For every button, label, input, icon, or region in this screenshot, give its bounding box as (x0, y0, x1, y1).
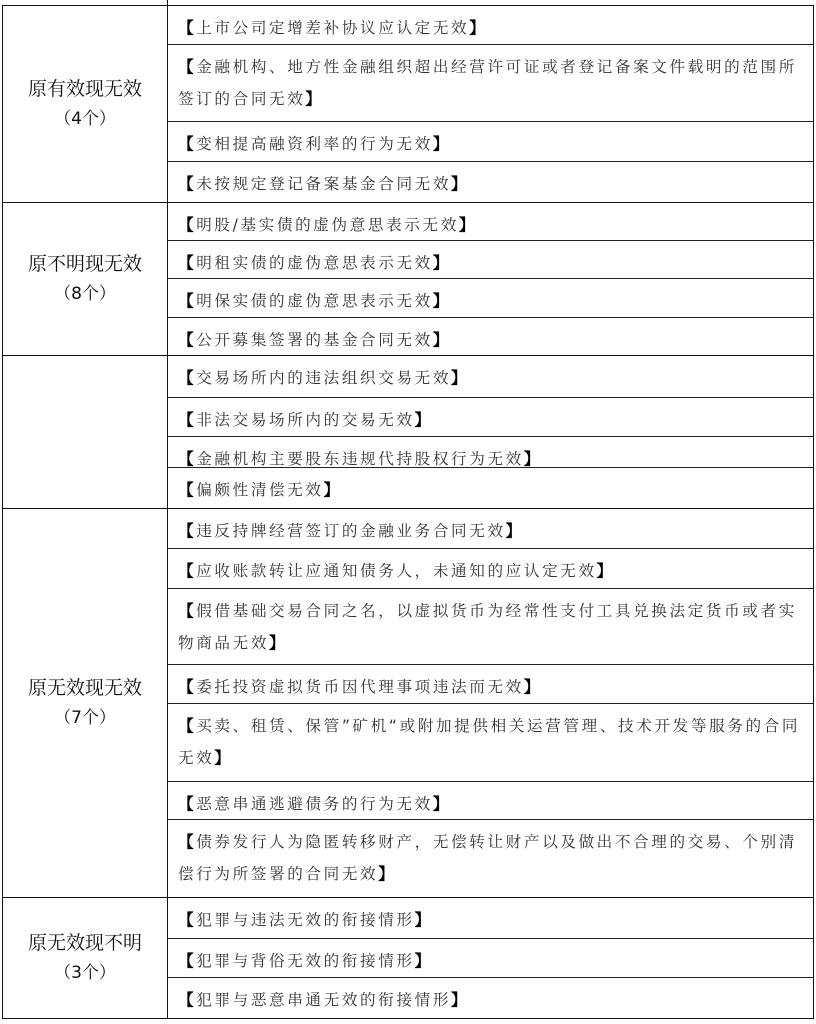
table-row: 【恶意串通逃避债务的行为无效】 (168, 782, 813, 820)
table-row: 【上市公司定增差补协议应认定无效】 (168, 6, 813, 45)
table-row: 【明股/基实债的虚伪意思表示无效】 (168, 203, 813, 241)
bracket-glyph: 【 (178, 991, 196, 1009)
group-title: 原有效现无效 (28, 74, 142, 104)
group-count: （3个） (54, 958, 116, 988)
bracket-glyph: 【 (178, 833, 196, 851)
bracket-glyph: 】 (524, 450, 542, 468)
invalidity-classification-table: 原有效现无效（4个）【上市公司定增差补协议应认定无效】【金融机构、地方性金融组织… (2, 5, 814, 1019)
bracket-glyph: 】 (451, 175, 469, 193)
bracket-glyph: 【 (178, 562, 196, 580)
bracket-glyph: 【 (178, 254, 196, 272)
bracket-glyph: 】 (305, 90, 323, 108)
group-title: 原无效现无效 (28, 673, 142, 703)
bracket-glyph: 】 (433, 331, 451, 349)
table-row: 【违反持牌经营签订的金融业务合同无效】 (168, 509, 813, 549)
bracket-glyph: 】 (524, 678, 542, 696)
table-row: 【犯罪与恶意串通无效的衔接情形】 (168, 978, 813, 1019)
bracket-glyph: 】 (269, 634, 287, 652)
group-items: 【犯罪与违法无效的衔接情形】【犯罪与背俗无效的衔接情形】【犯罪与恶意串通无效的衔… (168, 898, 813, 1018)
table-row: 【明保实债的虚伪意思表示无效】 (168, 279, 813, 318)
table-row: 【非法交易场所内的交易无效】 (168, 398, 813, 438)
table-row: 【应收账款转让应通知债务人，未通知的应认定无效】 (168, 549, 813, 589)
table-row: 【委托投资虚拟货币因代理事项违法而无效】 (168, 665, 813, 704)
bracket-glyph: 【 (178, 602, 196, 620)
table-row: 【金融机构主要股东违规代持股权行为无效】 (168, 437, 813, 468)
bracket-glyph: 】 (324, 481, 342, 499)
group-count: （8个） (54, 279, 116, 309)
bracket-glyph: 【 (178, 450, 196, 468)
bracket-glyph: 【 (178, 369, 196, 387)
group-items: 【明股/基实债的虚伪意思表示无效】【明租实债的虚伪意思表示无效】【明保实债的虚伪… (168, 203, 813, 355)
bracket-glyph: 】 (433, 135, 451, 153)
group-label-cell: 原不明现无效（8个） (3, 203, 168, 355)
bracket-glyph: 】 (415, 952, 433, 970)
bracket-glyph: 【 (178, 678, 196, 696)
bracket-glyph: 【 (178, 911, 196, 929)
table-group: 原不明现无效（8个）【明股/基实债的虚伪意思表示无效】【明租实债的虚伪意思表示无… (3, 203, 813, 356)
group-items: 【交易场所内的违法组织交易无效】【非法交易场所内的交易无效】【金融机构主要股东违… (168, 356, 813, 508)
group-items: 【上市公司定增差补协议应认定无效】【金融机构、地方性金融组织超出经营许可证或者登… (168, 6, 813, 202)
bracket-glyph: 】 (597, 562, 615, 580)
table-row: 【变相提高融资利率的行为无效】 (168, 122, 813, 163)
bracket-glyph: 】 (415, 911, 433, 929)
table-row: 【买卖、租赁、保管”矿机“或附加提供相关运营管理、技术开发等服务的合同无效】 (168, 704, 813, 783)
table-row: 【犯罪与背俗无效的衔接情形】 (168, 939, 813, 978)
bracket-glyph: 】 (214, 749, 232, 767)
table-row: 【未按规定登记备案基金合同无效】 (168, 162, 813, 202)
table-row: 【犯罪与违法无效的衔接情形】 (168, 898, 813, 939)
bracket-glyph: 】 (433, 254, 451, 272)
bracket-glyph: 【 (178, 481, 196, 499)
table-row: 【假借基础交易合同之名，以虚拟货币为经常性支付工具兑换法定货币或者实物商品无效】 (168, 589, 813, 665)
bracket-glyph: 【 (178, 717, 196, 735)
group-title: 原不明现无效 (28, 249, 142, 279)
bracket-glyph: 【 (178, 175, 196, 193)
bracket-glyph: 【 (178, 411, 196, 429)
bracket-glyph: 】 (433, 795, 451, 813)
table-row: 【偏颇性清偿无效】 (168, 468, 813, 508)
bracket-glyph: 【 (178, 216, 196, 234)
table-group: 原有效现无效（4个）【上市公司定增差补协议应认定无效】【金融机构、地方性金融组织… (3, 6, 813, 203)
group-count: （7个） (54, 703, 116, 733)
group-label-cell: 原无效现不明（3个） (3, 898, 168, 1018)
bracket-glyph: 】 (459, 216, 477, 234)
table-group: 原无效现无效（7个）【违反持牌经营签订的金融业务合同无效】【应收账款转让应通知债… (3, 509, 813, 898)
table-row: 【交易场所内的违法组织交易无效】 (168, 356, 813, 398)
bracket-glyph: 【 (178, 522, 196, 540)
table-row: 【债券发行人为隐匿转移财产，无偿转让财产以及做出不合理的交易、个别清偿行为所签署… (168, 820, 813, 897)
group-items: 【违反持牌经营签订的金融业务合同无效】【应收账款转让应通知债务人，未通知的应认定… (168, 509, 813, 897)
bracket-glyph: 】 (451, 991, 469, 1009)
bracket-glyph: 】 (506, 522, 524, 540)
table-row: 【金融机构、地方性金融组织超出经营许可证或者登记备案文件载明的范围所签订的合同无… (168, 45, 813, 122)
bracket-glyph: 【 (178, 135, 196, 153)
bracket-glyph: 【 (178, 952, 196, 970)
bracket-glyph: 】 (433, 292, 451, 310)
table-row: 【公开募集签署的基金合同无效】 (168, 318, 813, 356)
group-label-cell (3, 356, 168, 508)
bracket-glyph: 】 (378, 865, 396, 883)
bracket-glyph: 【 (178, 58, 196, 76)
bracket-glyph: 【 (178, 292, 196, 310)
group-label-cell: 原有效现无效（4个） (3, 6, 168, 202)
bracket-glyph: 】 (415, 411, 433, 429)
group-title: 原无效现不明 (28, 928, 142, 958)
table-group: 原无效现不明（3个）【犯罪与违法无效的衔接情形】【犯罪与背俗无效的衔接情形】【犯… (3, 898, 813, 1019)
bracket-glyph: 】 (469, 19, 487, 37)
bracket-glyph: 【 (178, 19, 196, 37)
bracket-glyph: 【 (178, 795, 196, 813)
table-row: 【明租实债的虚伪意思表示无效】 (168, 241, 813, 279)
group-count: （4个） (54, 104, 116, 134)
table-group: 【交易场所内的违法组织交易无效】【非法交易场所内的交易无效】【金融机构主要股东违… (3, 356, 813, 509)
bracket-glyph: 【 (178, 331, 196, 349)
bracket-glyph: 】 (451, 369, 469, 387)
group-label-cell: 原无效现无效（7个） (3, 509, 168, 897)
